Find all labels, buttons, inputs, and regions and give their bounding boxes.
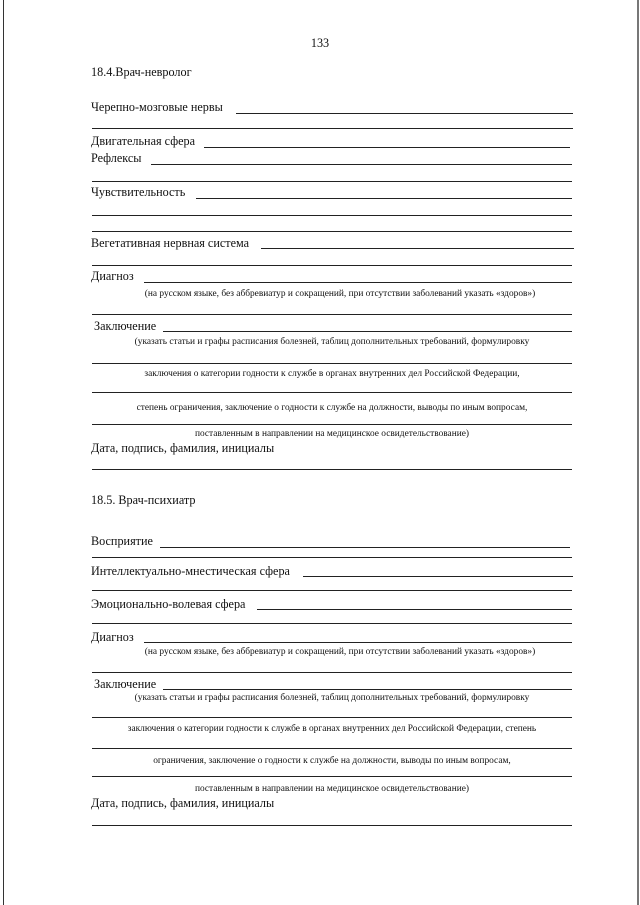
field-cranial-nerves[interactable] — [236, 113, 573, 114]
field-conclusion-psychiatrist-line-2[interactable] — [92, 717, 572, 718]
field-cranial-nerves-continued[interactable] — [92, 128, 573, 129]
label-autonomic-nervous-system: Вегетативная нервная система — [91, 236, 249, 250]
label-reflexes: Рефлексы — [91, 151, 141, 165]
label-sensitivity: Чувствительность — [91, 185, 185, 199]
field-perception-continued[interactable] — [92, 557, 572, 558]
conclusion-note-3-psychiatrist: ограничения, заключение о годности к слу… — [92, 755, 572, 767]
label-signature-neurologist: Дата, подпись, фамилия, инициалы — [91, 441, 274, 455]
page-number: 133 — [0, 36, 640, 51]
field-conclusion-neurologist-line-3[interactable] — [92, 392, 572, 393]
label-signature-psychiatrist: Дата, подпись, фамилия, инициалы — [91, 796, 274, 810]
field-reflexes-continued[interactable] — [92, 181, 572, 182]
label-cranial-nerves: Черепно-мозговые нервы — [91, 100, 223, 114]
field-reflexes[interactable] — [151, 164, 572, 165]
field-autonomic-nervous-system[interactable] — [261, 248, 574, 249]
label-emotional-volitional-sphere: Эмоционально-волевая сфера — [91, 597, 245, 611]
field-conclusion-psychiatrist[interactable] — [163, 689, 572, 690]
field-diagnosis-neurologist[interactable] — [144, 282, 572, 283]
label-perception: Восприятие — [91, 534, 153, 548]
field-emotional-volitional-sphere[interactable] — [257, 609, 572, 610]
field-intellectual-continued[interactable] — [92, 590, 572, 591]
field-sensitivity[interactable] — [196, 198, 572, 199]
field-sensitivity-continued-1[interactable] — [92, 215, 572, 216]
label-intellectual-mnestic-sphere: Интеллектуально-мнестическая сфера — [91, 564, 290, 578]
conclusion-note-4-psychiatrist: поставленным в направлении на медицинско… — [92, 783, 572, 795]
field-emotional-continued[interactable] — [92, 623, 572, 624]
conclusion-note-4-neurologist: поставленным в направлении на медицинско… — [92, 428, 572, 440]
conclusion-note-2-neurologist: заключения о категории годности к службе… — [92, 368, 572, 380]
field-conclusion-neurologist-line-2[interactable] — [92, 363, 572, 364]
field-motor-sphere[interactable] — [204, 147, 570, 148]
conclusion-note-3-neurologist: степень ограничения, заключение о годнос… — [92, 402, 572, 414]
field-intellectual-mnestic-sphere[interactable] — [303, 576, 573, 577]
field-diagnosis-psychiatrist[interactable] — [144, 642, 572, 643]
page-edge-right — [637, 0, 639, 905]
label-diagnosis-neurologist: Диагноз — [91, 269, 134, 283]
field-conclusion-psychiatrist-line-4[interactable] — [92, 776, 572, 777]
diagnosis-note-neurologist: (на русском языке, без аббревиатур и сок… — [92, 288, 588, 300]
section-heading-neurologist: 18.4.Врач-невролог — [91, 65, 192, 79]
conclusion-note-1-psychiatrist: (указать статьи и графы расписания болез… — [92, 692, 572, 704]
field-signature-psychiatrist[interactable] — [92, 825, 572, 826]
section-heading-psychiatrist: 18.5. Врач-психиатр — [91, 493, 196, 507]
field-sensitivity-continued-2[interactable] — [92, 231, 572, 232]
field-signature-neurologist[interactable] — [92, 469, 572, 470]
field-conclusion-psychiatrist-line-3[interactable] — [92, 748, 572, 749]
label-conclusion-psychiatrist: Заключение — [94, 677, 156, 691]
field-diagnosis-psychiatrist-continued[interactable] — [92, 672, 572, 673]
diagnosis-note-psychiatrist: (на русском языке, без аббревиатур и сок… — [92, 646, 588, 658]
field-autonomic-continued[interactable] — [92, 265, 572, 266]
conclusion-note-2-psychiatrist: заключения о категории годности к службе… — [92, 723, 572, 735]
label-conclusion-neurologist: Заключение — [94, 319, 156, 333]
field-perception[interactable] — [160, 547, 570, 548]
field-conclusion-neurologist[interactable] — [163, 331, 572, 332]
label-motor-sphere: Двигательная сфера — [91, 134, 195, 148]
field-conclusion-neurologist-line-4[interactable] — [92, 424, 572, 425]
conclusion-note-1-neurologist: (указать статьи и графы расписания болез… — [92, 336, 572, 348]
label-diagnosis-psychiatrist: Диагноз — [91, 630, 134, 644]
field-diagnosis-neurologist-continued[interactable] — [92, 314, 572, 315]
page-edge-left — [3, 0, 4, 905]
